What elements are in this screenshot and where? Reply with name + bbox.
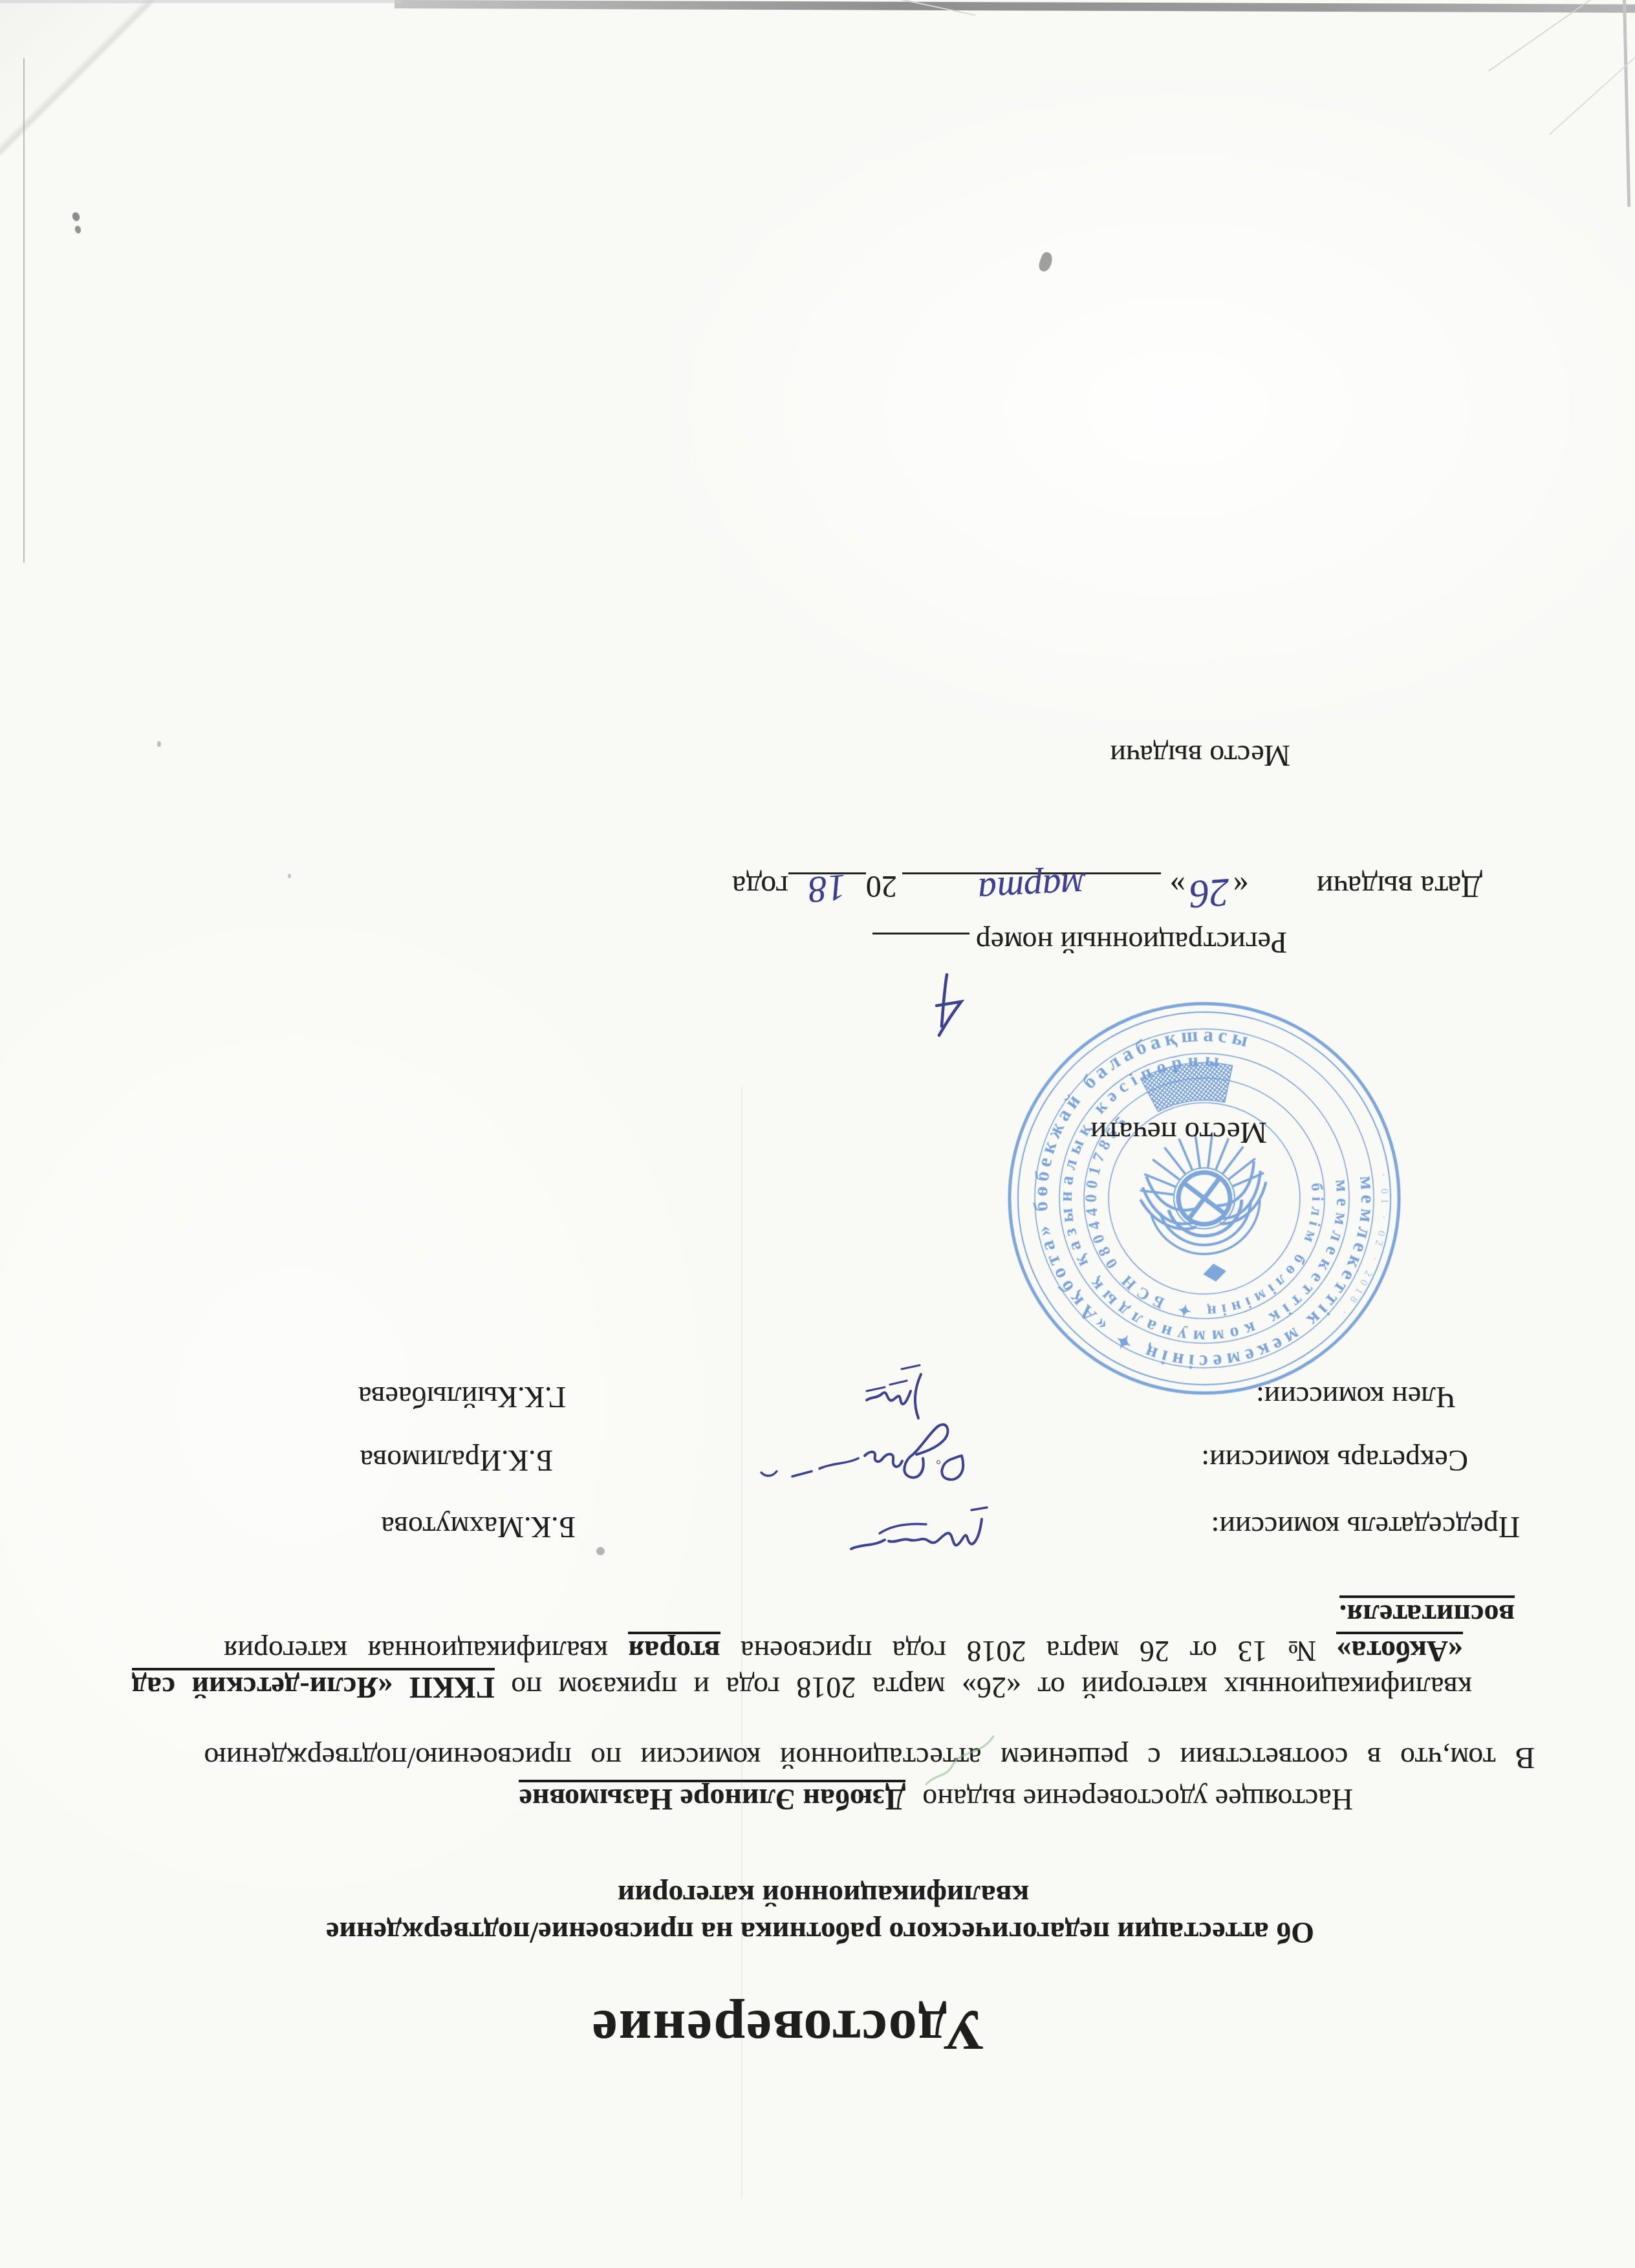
scanner-edge-top (395, 0, 1635, 13)
ink-speck (74, 225, 82, 234)
tiny-speck (157, 741, 161, 747)
ink-speck (71, 211, 81, 222)
crease-top-right-3 (1549, 47, 1635, 135)
gray-dot (596, 1547, 605, 1555)
vertical-fold-crease (741, 1086, 742, 2199)
scanner-edge-right (1623, 0, 1630, 207)
gray-blob (1037, 251, 1054, 273)
scanner-edge-top-left (0, 0, 401, 3)
tiny-speck (288, 874, 291, 878)
scan-artifacts (0, 0, 1635, 2268)
paper-edge-left (23, 58, 25, 563)
